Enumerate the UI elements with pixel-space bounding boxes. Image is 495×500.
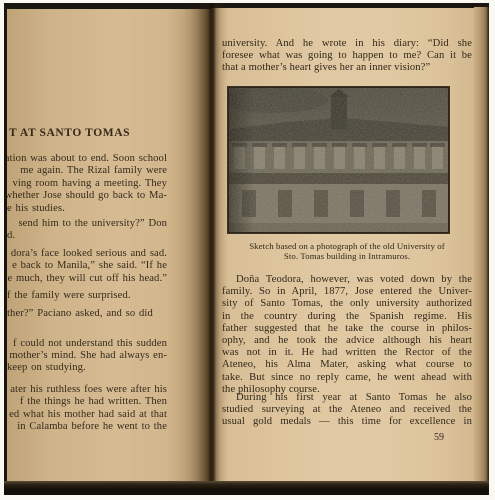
text-line: ving room having a meeting. They [7,178,167,190]
paragraph: ater his ruthless foes were after hisf t… [7,384,167,434]
text-line: whether Jose should go back to Ma- [7,190,167,202]
paragraph: f could not understand this suddenmother… [7,338,167,375]
text-line: f the things he had written. Then [7,396,167,408]
right-page: university. And he wrote in his diary: “… [211,8,477,481]
text-line: Doña Teodora, however, was voted down by… [222,274,472,286]
text-line: e his studies. [7,203,167,215]
paragraph: Doña Teodora, however, was voted down by… [222,274,472,396]
text-line: d. [7,230,167,242]
paragraph: dora’s face looked serious and sad.e bac… [7,248,167,285]
page-number: 59 [434,432,444,443]
sketch-image [228,87,449,233]
text-line: in the country during the Spanish regime… [222,311,472,323]
text-line: take. But since no reply came, he went a… [222,372,472,384]
text-line: keep on studying. [7,362,167,374]
text-line: ophy, and he took the advice although hi… [222,335,472,347]
photo-area: T AT SANTO TOMAS cation was about to end… [4,3,489,495]
text-line: sity of Santo Tomas, the only university… [222,298,472,310]
text-line: family. So in April, 1877, Jose entered … [222,286,472,298]
paragraph: send him to the university?” Dond. [7,218,167,243]
text-line: mother’s mind. She had always en- [7,350,167,362]
text-line: During his first year at Santo Tomas he … [222,392,472,404]
text-line: f could not understand this sudden [7,338,167,350]
left-page: T AT SANTO TOMAS cation was about to end… [7,9,211,481]
text-line: in Calamba before he went to the [7,421,167,433]
text-line: dora’s face looked serious and sad. [7,248,167,260]
paragraph: ther?” Paciano asked, and so did [7,308,167,320]
text-line: usual gold medals — this time for excell… [222,416,472,428]
paragraph: cation was about to end. Soon schoolme a… [7,153,167,215]
text-line: was not in it. He had written the Rector… [222,347,472,359]
book-photo: T AT SANTO TOMAS cation was about to end… [0,0,495,500]
page-edge-band [474,7,489,485]
text-line: foresee what was going to happen to me? … [222,50,472,62]
text-line: me again. The Rizal family were [7,165,167,177]
left-page-text: cation was about to end. Soon schoolme a… [7,153,167,433]
book-bottom-edge [4,481,489,495]
text-line: studied surveying at the Ateneo and rece… [222,404,472,416]
text-line: ed what his mother had said at that [7,409,167,421]
text-line: Ateneo, his Alma Mater, asking what cour… [222,359,472,371]
text-line: cation was about to end. Soon school [7,153,167,165]
paragraph: f the family were surprised. [7,290,167,302]
text-line: f the family were surprised. [7,290,167,302]
text-line: ther?” Paciano asked, and so did [7,308,167,320]
text-line: that a mother’s heart gives her an inner… [222,62,472,74]
text-line: Sketch based on a photograph of the old … [222,241,472,251]
text-line: e back to Manila,” she said. “If he [7,260,167,272]
sketch-caption: Sketch based on a photograph of the old … [222,241,472,261]
text-line: e much, they will cut off his head.” [7,273,167,285]
text-line: Sto. Tomas building in Intramuros. [222,251,472,261]
text-line: ater his ruthless foes were after his [7,384,167,396]
chapter-heading: T AT SANTO TOMAS [9,127,130,139]
text-line: university. And he wrote in his diary: “… [222,38,472,50]
text-line: send him to the university?” Don [7,218,167,230]
text-line: father suggested that he take the course… [222,323,472,335]
building-sketch-graphic [228,87,449,233]
paragraph: During his first year at Santo Tomas he … [222,392,472,429]
paragraph: university. And he wrote in his diary: “… [222,38,472,75]
